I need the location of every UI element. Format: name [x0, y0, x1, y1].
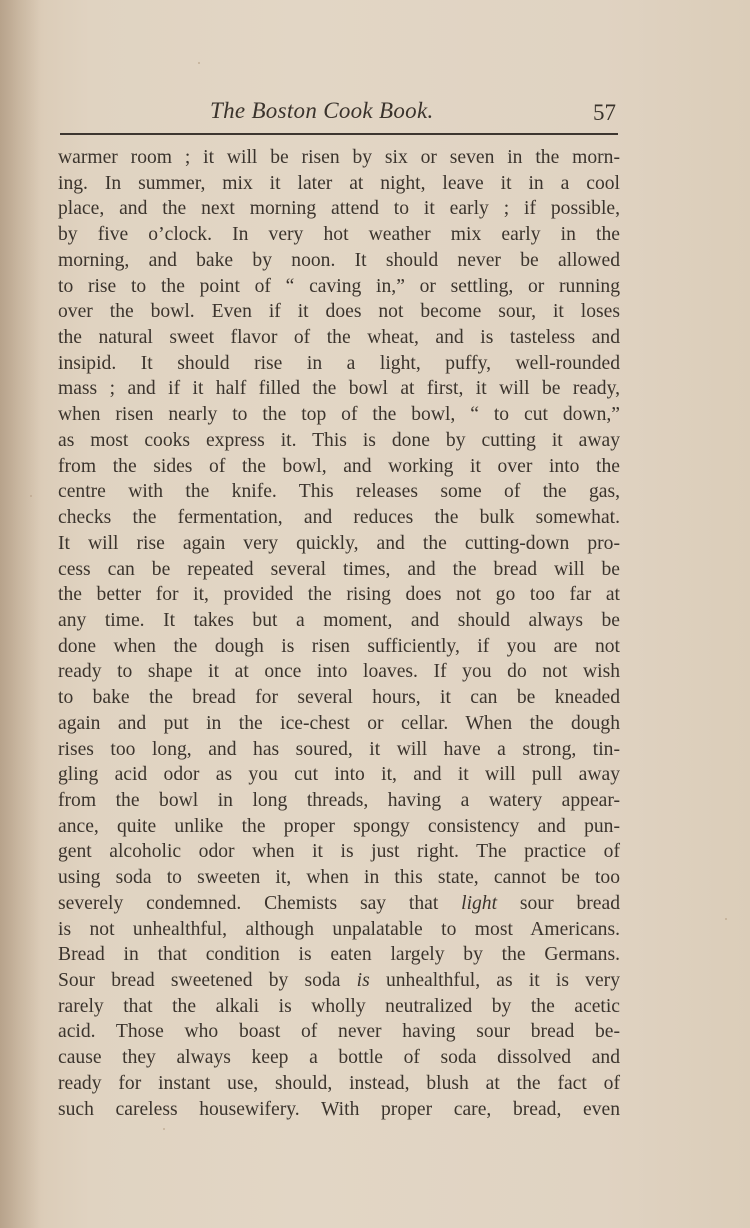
text-line: ready for instant use, should, instead, … — [58, 1071, 620, 1097]
text-line: It will rise again very quickly, and the… — [58, 531, 620, 557]
text-line: using soda to sweeten it, when in this s… — [58, 865, 620, 891]
body-text: warmer room ; it will be risen by six or… — [58, 145, 620, 1122]
text-line: severely condemned. Chemists say that li… — [58, 891, 620, 917]
text-line: acid. Those who boast of never having so… — [58, 1019, 620, 1045]
text-line: the natural sweet flavor of the wheat, a… — [58, 325, 620, 351]
text-line: Sour bread sweetened by soda is unhealth… — [58, 968, 620, 994]
text-line: the better for it, provided the rising d… — [58, 582, 620, 608]
text-line: such careless housewifery. With proper c… — [58, 1097, 620, 1123]
text-line: warmer room ; it will be risen by six or… — [58, 145, 620, 171]
running-head: The Boston Cook Book. 57 — [60, 96, 618, 132]
text-line: gent alcoholic odor when it is just righ… — [58, 839, 620, 865]
text-line: rarely that the alkali is wholly neutral… — [58, 994, 620, 1020]
text-line: as most cooks express it. This is done b… — [58, 428, 620, 454]
paper-speck — [198, 62, 200, 64]
running-title: The Boston Cook Book. — [210, 98, 434, 124]
text-line: insipid. It should rise in a light, puff… — [58, 351, 620, 377]
text-line: is not unhealthful, although unpalatable… — [58, 917, 620, 943]
book-page: The Boston Cook Book. 57 warmer room ; i… — [0, 0, 750, 1228]
header-rule — [60, 133, 618, 135]
text-line: ready to shape it at once into loaves. I… — [58, 659, 620, 685]
text-line: ing. In summer, mix it later at night, l… — [58, 171, 620, 197]
text-line: Bread in that condition is eaten largely… — [58, 942, 620, 968]
text-line: centre with the knife. This releases som… — [58, 479, 620, 505]
text-line: cause they always keep a bottle of soda … — [58, 1045, 620, 1071]
text-line: again and put in the ice-chest or cellar… — [58, 711, 620, 737]
text-line: morning, and bake by noon. It should nev… — [58, 248, 620, 274]
text-line: ance, quite unlike the proper spongy con… — [58, 814, 620, 840]
text-line: over the bowl. Even if it does not becom… — [58, 299, 620, 325]
text-line: from the bowl in long threads, having a … — [58, 788, 620, 814]
text-line: from the sides of the bowl, and working … — [58, 454, 620, 480]
paper-speck — [30, 495, 32, 497]
paper-speck — [725, 918, 727, 920]
page-number: 57 — [593, 100, 616, 126]
text-line: place, and the next morning attend to it… — [58, 196, 620, 222]
gutter-shadow — [0, 0, 40, 1228]
text-line: done when the dough is risen sufficientl… — [58, 634, 620, 660]
text-line: mass ; and if it half filled the bowl at… — [58, 376, 620, 402]
italic-emphasis: light — [461, 893, 497, 914]
text-line: gling acid odor as you cut into it, and … — [58, 762, 620, 788]
text-line: checks the fermentation, and reduces the… — [58, 505, 620, 531]
text-line: cess can be repeated several times, and … — [58, 557, 620, 583]
text-line: to bake the bread for several hours, it … — [58, 685, 620, 711]
text-line: rises too long, and has soured, it will … — [58, 737, 620, 763]
italic-emphasis: is — [357, 970, 370, 991]
text-line: by five o’clock. In very hot weather mix… — [58, 222, 620, 248]
paper-speck — [163, 1128, 165, 1130]
text-line: any time. It takes but a moment, and sho… — [58, 608, 620, 634]
text-line: when risen nearly to the top of the bowl… — [58, 402, 620, 428]
text-line: to rise to the point of “ caving in,” or… — [58, 274, 620, 300]
